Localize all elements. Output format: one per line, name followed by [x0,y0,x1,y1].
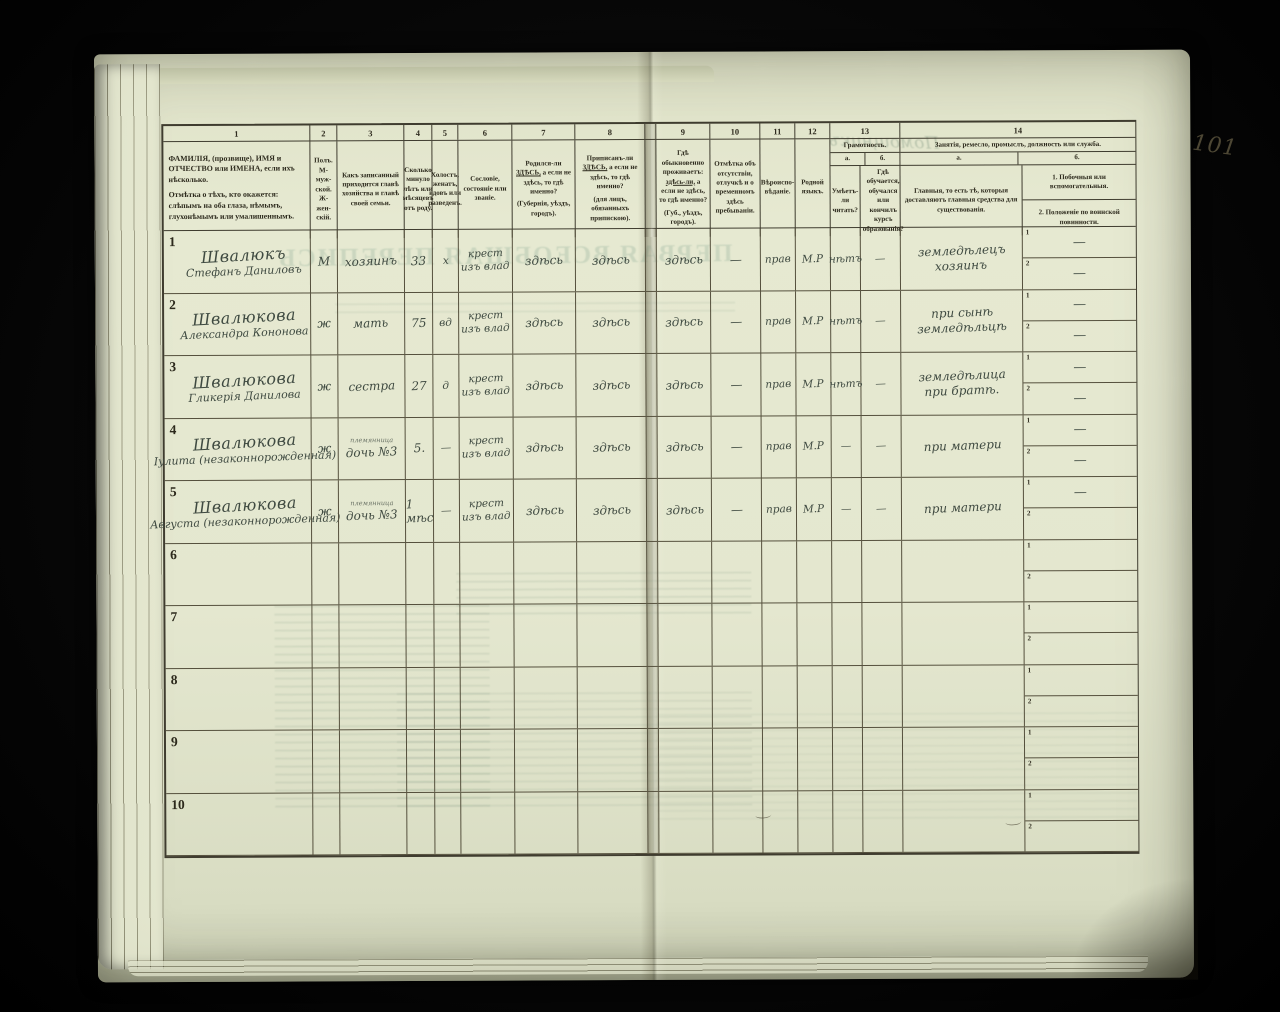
header-sex-line: Полъ. [314,157,333,167]
cell-reads [833,666,863,728]
table-row: 6 [165,539,1137,606]
cell-occupation-side: 1 — 2 — [1023,227,1136,289]
cell-age: 27 [405,355,433,417]
header-marital: Холостъ, женатъ, вдовъ или разведенъ. [432,141,458,238]
cell-reads [833,791,863,853]
cell-residence: здѣсь [657,354,711,416]
cell-occupation-main [902,540,1024,602]
cell-marital [435,792,461,854]
cell-registration: здѣсь [577,416,647,478]
entry-estate-1: крест [469,497,505,511]
gutter-cell [645,124,656,139]
header-birthplace: Родился-ли ЗДѢСЬ, а если не здѣсь, то гд… [512,140,575,237]
cell-marital: вд [433,292,459,354]
cell-occupation-side: 1 — 2 — [1024,414,1137,476]
cell-language: М.Р [796,353,831,415]
cell-birthplace: здѣсь [513,354,576,416]
header-religion: Вѣроиспо-вѣданіе. [760,139,795,236]
cell-marital: х [433,230,459,292]
side-subcell-label: 2 [1027,447,1031,455]
col-number: 6 [458,125,512,140]
entry-occupation-2: земледѣльцѣ [917,319,1007,338]
entry-marital: — [441,442,452,454]
cell-religion [763,791,798,853]
side-subcell-label: 1 [1026,228,1030,236]
header-birthplace-paren: (Губернія, уѣздъ, городъ). [515,200,573,219]
side-subcell-2: 2 — [1023,321,1136,352]
cell-age: 1 мѣс [406,480,434,542]
header-birthplace-text: Родился-ли ЗДѢСЬ, а если не здѣсь, то гд… [514,159,572,197]
header-estate: Сословіе, состояніе или званіе. [458,141,512,238]
entry-reads: нѣтъ [829,315,863,328]
entry-education: — [876,440,887,452]
occupation-detail-row: Главныя, то есть тѣ, которыя доставляютъ… [900,165,1135,236]
header-relation: Какъ записанный приходится главѣ хозяйст… [337,141,404,238]
gutter-cell [646,229,657,291]
cell-religion: прав [761,228,796,290]
entry-occupation-1: земледѣлецъ [917,242,1005,260]
cell-occupation-main: при матери [902,415,1024,477]
cell-reads [832,603,862,665]
entry-relation-note: племянница [350,499,393,507]
cell-occupation-side: 1 — 2 [1024,477,1137,539]
side-subcell-1: 1 [1025,664,1138,696]
table-row: 4 Швалюкова Іулита (незаконнорожденная) … [165,414,1137,481]
col-number: 7 [512,124,575,139]
cell-birthplace: здѣсь [514,479,577,541]
cell-name: 8 [166,668,313,730]
entry-relation-note: племянница [350,436,393,444]
cell-age: 5. [406,417,434,479]
gutter-cell [647,416,658,478]
entry-estate-2: изъ влад [462,509,511,524]
cell-reads: нѣтъ [831,353,861,415]
header-occupation-side: 1. Побочныя или вспомогательныя. 2. Поло… [1022,165,1135,236]
folio-number: 101 [1191,131,1239,162]
cell-education: — [862,415,902,477]
cell-occupation-side: 1 2 [1025,664,1138,726]
entry-estate-1: крест [468,372,504,386]
cell-occupation-side: 1 2 [1025,727,1138,789]
occupation-ab-row: а. б. [900,152,1135,165]
literacy-b-label: б. [865,153,899,165]
cell-marital: д [433,355,459,417]
side-subcell-2: 2 [1024,508,1137,539]
gutter-cell [648,666,659,728]
cell-residence [658,541,712,603]
entry-religion: прав [766,440,792,453]
entry-religion: прав [765,378,791,391]
page-stack-bottom [128,956,1148,976]
cell-birthplace [514,542,577,604]
cell-occupation-side: 1 2 [1025,789,1138,851]
side-subcell-2: 2 [1024,571,1137,602]
cell-estate [461,667,515,729]
underlying-page-edge [154,66,714,84]
cell-occupation-main [902,602,1024,664]
header-literacy-reads: Умѣетъ-ли читать? [830,166,860,236]
side-subcell-label: 1 [1027,603,1031,611]
side-subcell-label: 2 [1028,760,1032,768]
cell-absence [712,603,762,665]
cell-residence: здѣсь [657,291,711,353]
cell-birthplace: здѣсь [514,417,577,479]
entry-sex: ж [317,316,331,331]
entry-sex: М [317,254,330,268]
cell-relation: мать [338,293,405,355]
side-subcell-label: 1 [1027,541,1031,549]
side-subcell-2: 2 [1025,758,1138,789]
header-occupation-group: Занятія, ремесло, промыслъ, должность ил… [900,138,1135,236]
cell-education [863,728,903,790]
cell-registration [577,604,647,666]
cell-age [406,605,434,667]
cell-marital [435,730,461,792]
cell-estate [461,730,515,792]
cell-registration: здѣсь [576,291,646,353]
cell-registration [577,541,647,603]
cell-residence: здѣсь [658,416,712,478]
side-subcell-label: 1 [1026,291,1030,299]
side-subcell-1: 1 — [1024,477,1137,509]
side-subcell-label: 2 [1026,322,1030,330]
entry-education: — [876,503,887,515]
cell-education: — [861,353,901,415]
header-sex-line: М-муж- [312,166,334,185]
entry-age: 27 [411,378,427,393]
entry-relation: дочь №3 [346,507,398,524]
entry-occupation-2: хозяинъ [935,257,988,274]
page-curl-shadow [1048,860,1199,981]
cell-religion: прав [761,353,796,415]
table-row: 5 Швалюкова Августа (незаконнорожденная)… [165,477,1137,544]
cell-name: 1 Швалюкъ Стефанъ Даниловъ [164,230,311,292]
entry-age: 1 мѣс [405,496,433,525]
table-row: 9 [166,727,1138,794]
side-subcell-label: 2 [1028,697,1032,705]
cell-age: 75 [405,292,433,354]
cell-sex [312,543,339,605]
row-number: 3 [169,359,176,375]
cell-occupation-main [903,790,1025,852]
col-number: 12 [795,123,830,138]
cell-birthplace [515,792,578,854]
table-header-row: ФАМИЛІЯ, (прозвище), ИМЯ и ОТЧЕСТВО или … [163,138,1135,231]
side-subcell-2: 2 [1025,633,1138,664]
entry-education: — [875,253,886,265]
col-number: 5 [432,125,458,140]
entry-relation: хозяинъ [345,253,398,270]
side-subcell-2: 2 — [1023,258,1136,289]
cell-sex: ж [311,355,338,417]
gutter-cell [648,791,659,853]
side-subcell-label: 1 [1027,416,1031,424]
entry-estate-2: изъ влад [461,259,510,274]
cell-relation [339,543,406,605]
side-subcell-label: 1 [1028,791,1032,799]
cell-birthplace: здѣсь [513,229,576,291]
entry-reads: нѣтъ [829,252,863,265]
cell-sex: ж [312,480,339,542]
entry-sex: ж [317,379,331,394]
header-registration-paren: (для лицъ, обязанныхъ припискою). [578,195,643,224]
entry-language: М.Р [803,503,825,516]
entry-relation: сестра [348,378,395,395]
cell-residence: здѣсь [658,479,712,541]
cell-education: — [862,478,902,540]
cell-religion: прав [762,478,797,540]
row-number: 9 [171,734,178,750]
table-row: 7 [165,602,1137,669]
entry-education: — [875,378,886,390]
side-subcell-label: 2 [1027,572,1031,580]
gutter-cell [648,729,659,791]
col-number: 13 [830,123,900,138]
cell-absence [713,666,763,728]
census-table: 1 2 3 4 5 6 7 8 9 10 11 12 13 14 ФАМИЛІЯ… [161,120,1139,858]
entry-occupation-1: при матери [923,437,1001,455]
col-number: 10 [710,123,760,138]
cell-language [798,728,833,790]
side-subcell-1: 1 — [1023,352,1136,384]
cell-absence [712,541,762,603]
row-number: 1 [169,234,176,250]
side-subcell-label: 2 [1026,260,1030,268]
cell-education [862,603,902,665]
side-subcell-label: 1 [1026,353,1030,361]
header-sex: Полъ. М-муж- ской. Ж-жен- скій. [310,141,337,238]
side-subcell-1: 1 [1025,727,1138,759]
entry-residence: здѣсь [664,314,703,329]
cell-name: 5 Швалюкова Августа (незаконнорожденная) [165,480,312,542]
cell-occupation-main: при сынѣ земледѣльцѣ [901,290,1023,352]
entry-age: 5. [413,441,425,455]
entry-side-1: — [1074,485,1087,500]
cell-marital [434,542,460,604]
occupation-a-label: а. [900,153,1018,165]
entry-side-2: — [1073,391,1086,406]
cell-education [862,540,902,602]
cell-residence: здѣсь [657,229,711,291]
cell-sex [312,605,339,667]
cell-registration: здѣсь [576,229,646,291]
header-language: Родной языкъ. [795,139,830,236]
gutter-cell [647,604,658,666]
gutter-cell [647,541,658,603]
entry-side-1: — [1074,422,1087,437]
cell-relation [340,730,407,792]
col-number: 8 [575,124,645,139]
side-subcell-1: 1 — [1024,414,1137,446]
row-number: 4 [170,422,177,438]
side-subcell-1: 1 [1024,602,1137,634]
cell-estate: крест изъ влад [459,230,513,292]
cell-estate: крест изъ влад [460,480,514,542]
cell-sex: ж [312,418,339,480]
col-number: 1 [163,125,310,141]
entry-birthplace: здѣсь [525,252,564,267]
entry-registration: здѣсь [591,252,630,267]
entry-language: М.Р [802,253,824,266]
cell-sex [313,793,340,855]
row-number: 2 [169,297,176,313]
table-row: 3 Швалюкова Гликерія Данилова ж сестра 2… [164,352,1136,419]
entry-absence: — [730,502,743,516]
cell-marital [435,667,461,729]
header-occupation-title: Занятія, ремесло, промыслъ, должность ил… [900,138,1135,153]
cell-birthplace [514,604,577,666]
cell-religion: прав [761,291,796,353]
cell-language: М.Р [796,228,831,290]
cell-birthplace [515,729,578,791]
entry-side-2: — [1073,328,1086,343]
entry-birthplace: здѣсь [525,315,564,330]
table-body: 1 Швалюкъ Стефанъ Даниловъ М хозяинъ 33 … [164,227,1139,856]
gutter-cell [645,140,656,237]
header-sex-line: Ж-жен- [313,195,335,214]
cell-relation: хозяинъ [338,230,405,292]
header-sex-line: скій. [316,213,331,223]
cell-sex [313,730,340,792]
literacy-ab-row: а. б. [830,153,899,166]
header-residence: Гдѣ обыкновенно проживаетъ: здѣсь-ли, а … [656,140,710,237]
cell-name: 10 [166,793,313,855]
gutter-cell [647,479,658,541]
cell-residence [658,604,712,666]
header-registration-text: Приписанъ-ли ЗДѢСЬ, а если не здѣсь, то … [577,154,642,192]
entry-education: — [875,315,886,327]
cell-name: 6 [165,543,312,605]
col-number: 3 [337,125,404,140]
entry-residence: здѣсь [664,252,703,267]
cell-reads [832,541,862,603]
header-sex-line: ской. [315,185,331,195]
cell-marital [434,605,460,667]
entry-religion: прав [765,253,791,266]
header-registration: Приписанъ-ли ЗДѢСЬ, а если не здѣсь, то … [575,140,645,237]
side-subcell-2: 2 — [1024,446,1137,477]
entry-registration: здѣсь [592,377,631,392]
cell-language: М.Р [797,478,832,540]
cell-religion [762,541,797,603]
row-number: 10 [171,797,185,813]
cell-name: 3 Швалюкова Гликерія Данилова [164,355,311,417]
header-occupation-side1: 1. Побочныя или вспомогательныя. [1022,165,1135,201]
cell-age [407,792,435,854]
entry-registration: здѣсь [591,315,630,330]
table-row: 1 Швалюкъ Стефанъ Даниловъ М хозяинъ 33 … [164,227,1136,294]
cell-registration [578,791,648,853]
cell-estate: крест изъ влад [460,417,514,479]
cell-absence: — [711,291,761,353]
entry-birthplace: здѣсь [525,377,564,392]
entry-reads: нѣтъ [829,377,863,390]
entry-language: М.Р [803,440,825,453]
entry-sex: ж [318,504,332,519]
side-subcell-label: 1 [1028,728,1032,736]
col-number: 14 [900,122,1135,138]
entry-side-1: — [1073,360,1086,375]
cell-absence: — [711,228,761,290]
side-subcell-label: 2 [1026,385,1030,393]
cell-occupation-side: 1 — 2 — [1023,352,1136,414]
cell-language: М.Р [796,291,831,353]
entry-residence: здѣсь [665,439,704,454]
entry-marital: х [442,255,448,267]
cell-residence [659,791,713,853]
cell-reads: нѣтъ [831,228,861,290]
cell-relation [339,605,406,667]
entry-side-1: — [1073,235,1086,250]
cell-residence [659,729,713,791]
entry-religion: прав [765,315,791,328]
cell-reads: — [832,478,862,540]
entry-language: М.Р [803,378,825,391]
entry-absence: — [730,440,743,454]
entry-absence: — [729,315,742,329]
entry-marital: д [442,379,449,391]
cell-occupation-main [903,665,1025,727]
entry-absence: — [730,377,743,391]
cell-education: — [861,290,901,352]
cell-estate: крест изъ влад [459,355,513,417]
col-number: 9 [656,124,710,139]
side-subcell-label: 2 [1027,510,1031,518]
cell-language: М.Р [797,416,832,478]
cell-marital: — [434,417,460,479]
entry-occupation-1: при матери [923,499,1001,517]
entry-given-name: Іулита (незаконнорожденная) [153,448,336,468]
cell-occupation-main: земледѣлица при братѣ. [901,352,1023,414]
cell-religion: прав [762,416,797,478]
col-number: 2 [310,125,337,140]
entry-side-1: — [1073,297,1086,312]
entry-residence: здѣсь [665,377,704,392]
row-number: 7 [170,609,177,625]
cell-reads: нѣтъ [831,291,861,353]
cell-estate [460,605,514,667]
entry-age: 75 [411,316,427,331]
entry-relation: мать [353,316,389,332]
cell-registration: здѣсь [577,479,647,541]
entry-language: М.Р [802,315,824,328]
entry-reads: — [841,440,852,452]
entry-marital: — [441,504,452,516]
cell-education [863,790,903,852]
entry-estate-2: изъ влад [461,322,510,337]
row-number: 6 [170,547,177,563]
cell-age [406,542,434,604]
cell-registration [578,666,648,728]
gutter-cell [646,291,657,353]
cell-reads [833,728,863,790]
cell-birthplace [515,667,578,729]
cell-religion [763,728,798,790]
header-absence: Отмѣтка объ отсутствіи, отлучкѣ и о врем… [710,139,760,236]
table-row: 2 Швалюкова Александра Кононова ж мать 7… [164,289,1136,356]
col-number: 11 [760,123,795,138]
cell-language [797,603,832,665]
cell-relation: племянница дочь №3 [339,418,406,480]
side-subcell-2: 2 — [1023,383,1136,414]
cell-birthplace: здѣсь [513,292,576,354]
cell-name: 4 Швалюкова Іулита (незаконнорожденная) [165,418,312,480]
side-subcell-2: 2 [1025,696,1138,727]
entry-side-2: — [1074,453,1087,468]
literacy-a-label: а. [830,153,865,165]
table-row: 10 [166,789,1138,856]
side-subcell-1: 1 [1025,789,1138,821]
